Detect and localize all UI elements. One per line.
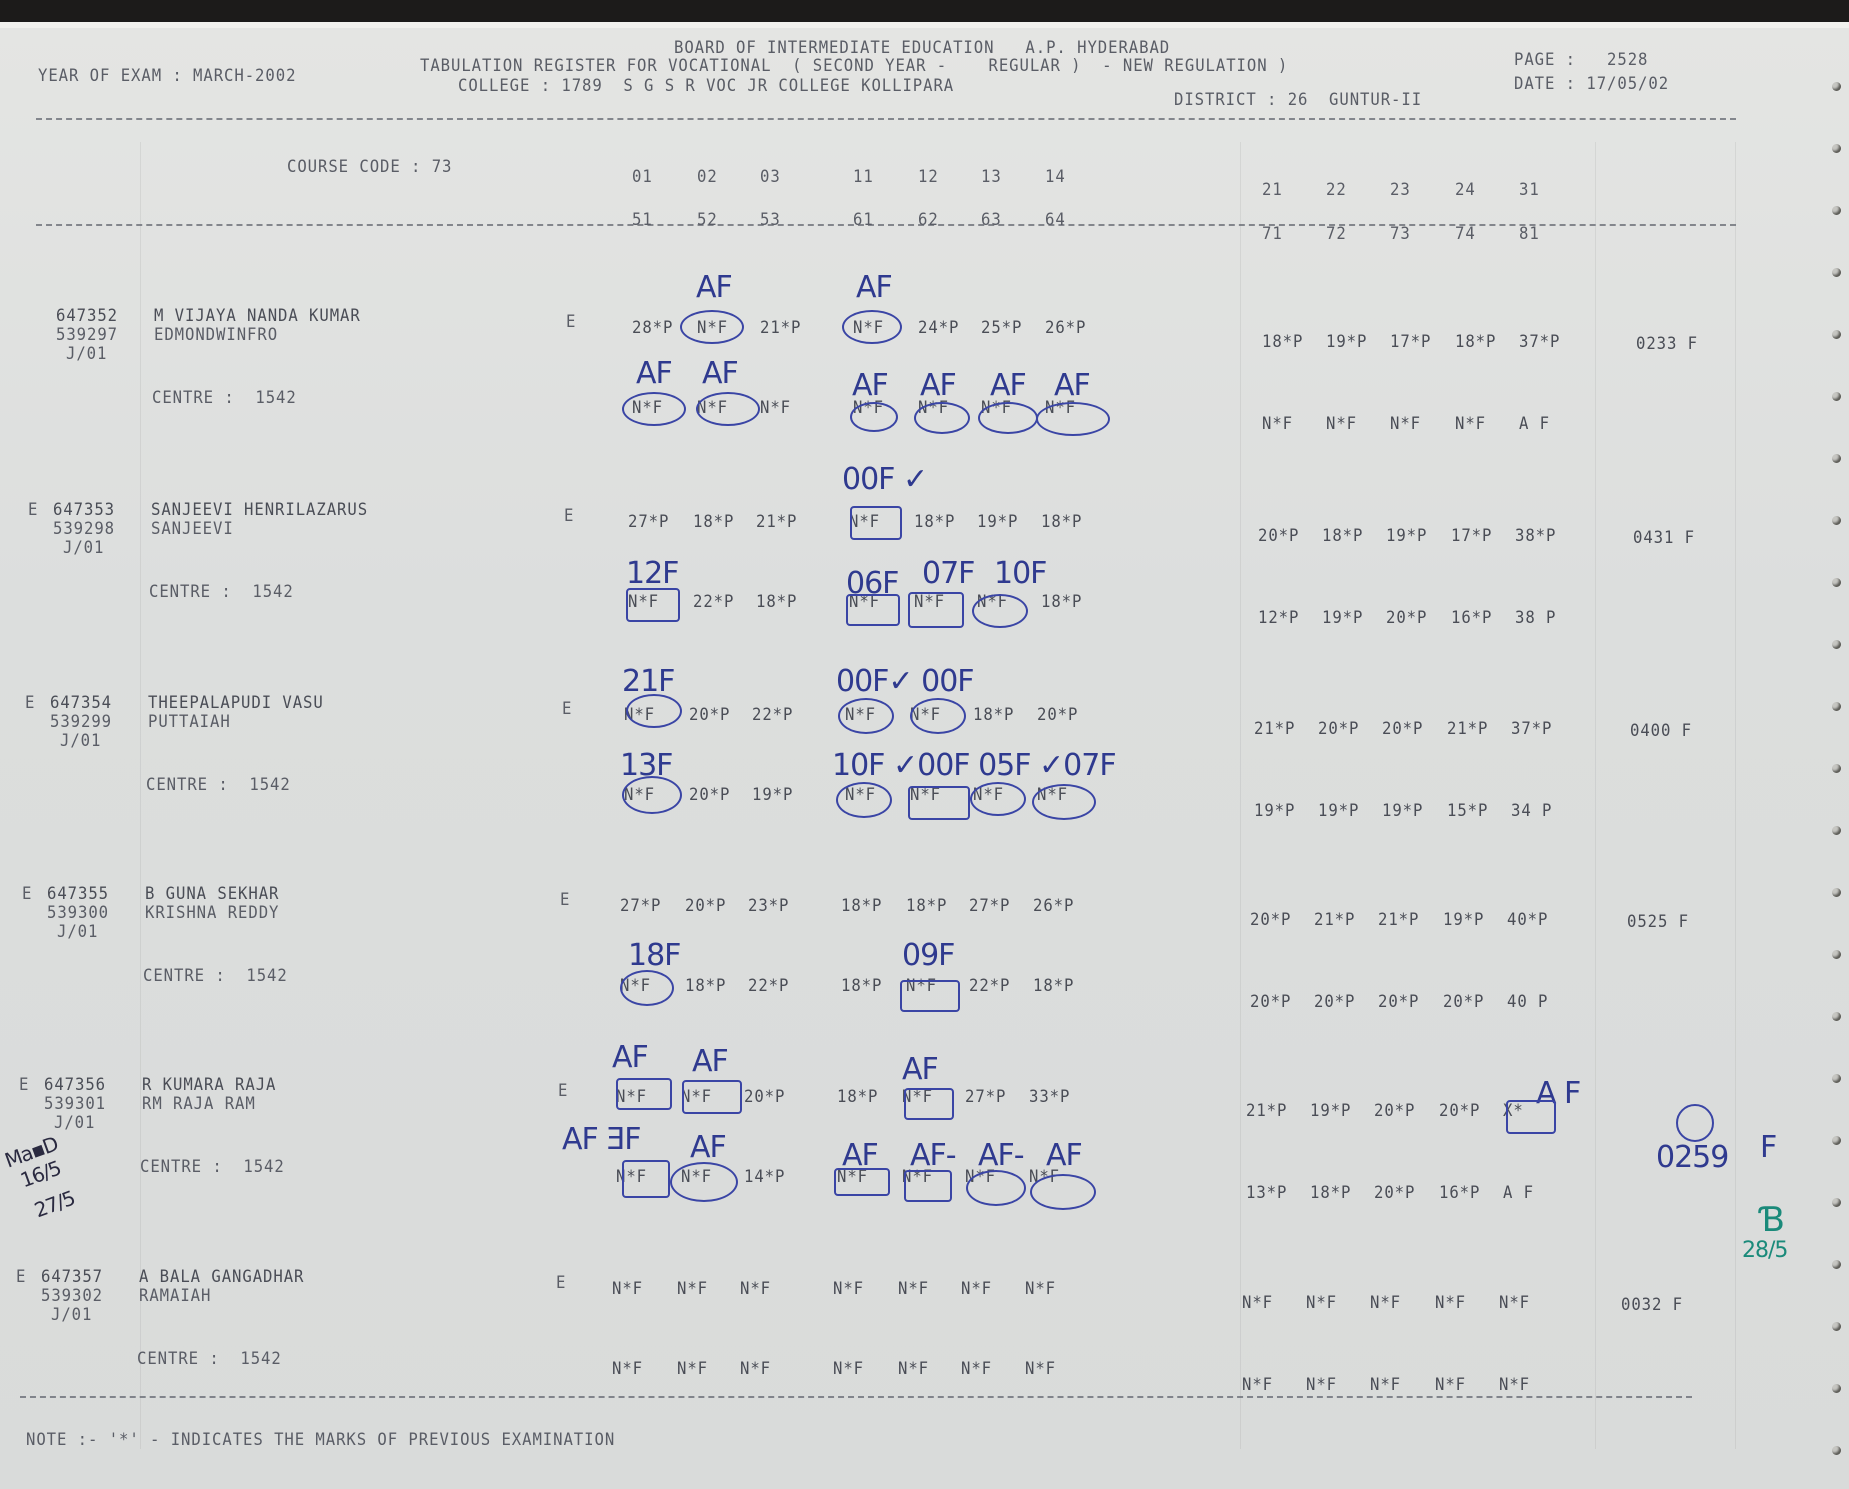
- handwritten-grade-annotation: AF-: [910, 1138, 956, 1173]
- ink-box-mark: [908, 592, 964, 628]
- mark-cell: N*F: [898, 1279, 929, 1299]
- mark-cell: N*F: [740, 1359, 771, 1379]
- ink-circle-mark: [1032, 784, 1096, 820]
- mark-cell: N*F: [1499, 1375, 1530, 1395]
- feed-hole: [1832, 1136, 1841, 1145]
- mark-cell: 18*P: [1310, 1183, 1351, 1203]
- ink-circle-mark: [836, 782, 892, 818]
- mark-cell: 18*P: [1262, 332, 1303, 352]
- ink-circle-mark: [914, 402, 970, 434]
- column-header-divider: [36, 224, 1736, 226]
- handwritten-grade-annotation: 18F: [628, 938, 680, 973]
- verifier-initials-annotation: Ɓ: [1760, 1200, 1784, 1240]
- subject-code: 51: [632, 210, 653, 230]
- mark-cell: N*F: [961, 1359, 992, 1379]
- ink-box-mark: [834, 1168, 890, 1196]
- candidate-father-name: EDMONDWINFRO: [154, 325, 278, 345]
- medium-code: E: [556, 1273, 566, 1293]
- handwritten-grade-annotation: 10F: [994, 556, 1046, 591]
- medium-code: E: [560, 890, 570, 910]
- hall-ticket-number: 647355: [47, 884, 109, 904]
- mark-cell: N*F: [1262, 414, 1293, 434]
- handwritten-grade-annotation: AF ƎF: [562, 1122, 641, 1157]
- mark-cell: 19*P: [1318, 801, 1359, 821]
- total-result: 0525 F: [1627, 912, 1689, 932]
- mark-cell: 25*P: [981, 318, 1022, 338]
- ink-box-mark: [1506, 1100, 1556, 1134]
- mark-cell: 21*P: [1254, 719, 1295, 739]
- mark-cell: N*F: [760, 398, 791, 418]
- mark-cell: 24*P: [918, 318, 959, 338]
- print-date: DATE : 17/05/02: [1514, 74, 1669, 94]
- subject-code: 13: [981, 167, 1002, 187]
- group-code: J/01: [57, 922, 98, 942]
- faint-column-rule: [1595, 142, 1596, 1449]
- mark-cell: N*F: [1435, 1375, 1466, 1395]
- feed-hole: [1832, 578, 1841, 587]
- feed-hole: [1832, 206, 1841, 215]
- exam-centre: CENTRE : 1542: [140, 1157, 285, 1177]
- candidate-name: SANJEEVI HENRILAZARUS: [151, 500, 368, 520]
- mark-cell: 27*P: [628, 512, 669, 532]
- mark-cell: 21*P: [1246, 1101, 1287, 1121]
- feed-hole: [1832, 1260, 1841, 1269]
- subject-code: 12: [918, 167, 939, 187]
- feed-hole: [1832, 1074, 1841, 1083]
- group-code: J/01: [66, 344, 107, 364]
- mark-cell: 20*P: [744, 1087, 785, 1107]
- district-line: DISTRICT : 26 GUNTUR-II: [1174, 90, 1422, 110]
- exam-centre: CENTRE : 1542: [137, 1349, 282, 1369]
- handwritten-grade-annotation: AF: [920, 368, 956, 403]
- mark-cell: 18*P: [756, 592, 797, 612]
- registration-number: 539301: [44, 1094, 106, 1114]
- subject-code: 81: [1519, 224, 1540, 244]
- mark-cell: 21*P: [760, 318, 801, 338]
- mark-cell: 18*P: [837, 1087, 878, 1107]
- ink-box-mark: [908, 786, 970, 820]
- record-prefix: E: [25, 693, 35, 713]
- mark-cell: 18*P: [693, 512, 734, 532]
- exam-centre: CENTRE : 1542: [152, 388, 297, 408]
- handwritten-grade-annotation: AF: [852, 368, 888, 403]
- ink-circle-mark: [972, 594, 1028, 628]
- feed-hole: [1832, 1322, 1841, 1331]
- candidate-father-name: SANJEEVI: [151, 519, 234, 539]
- subject-code: 74: [1455, 224, 1476, 244]
- candidate-father-name: RM RAJA RAM: [142, 1094, 256, 1114]
- group-code: J/01: [51, 1305, 92, 1325]
- mark-cell: N*F: [1242, 1293, 1273, 1313]
- subject-code: 23: [1390, 180, 1411, 200]
- record-prefix: E: [22, 884, 32, 904]
- mark-cell: 20*P: [1378, 992, 1419, 1012]
- exam-centre: CENTRE : 1542: [143, 966, 288, 986]
- candidate-name: R KUMARA RAJA: [142, 1075, 276, 1095]
- handwritten-grade-annotation: AF: [636, 356, 672, 391]
- mark-cell: 18*P: [1455, 332, 1496, 352]
- mark-cell: A F: [1503, 1183, 1534, 1203]
- mark-cell: 18*P: [1033, 976, 1074, 996]
- mark-cell: 20*P: [689, 785, 730, 805]
- handwritten-grade-annotation: AF: [1054, 368, 1090, 403]
- mark-cell: 20*P: [1386, 608, 1427, 628]
- total-result: 0233 F: [1636, 334, 1698, 354]
- ink-box-mark: [622, 1160, 670, 1198]
- subject-code: 63: [981, 210, 1002, 230]
- handwritten-grade-annotation: 10F ✓00F 05F ✓07F: [832, 748, 1116, 783]
- ink-circle-mark: [966, 1170, 1026, 1206]
- mark-cell: 18*P: [1041, 592, 1082, 612]
- mark-cell: 17*P: [1451, 526, 1492, 546]
- handwritten-grade-annotation: 07F: [922, 556, 974, 591]
- mark-cell: 18*P: [685, 976, 726, 996]
- subject-code: 31: [1519, 180, 1540, 200]
- subject-code: 14: [1045, 167, 1066, 187]
- feed-hole: [1832, 702, 1841, 711]
- subject-code: 01: [632, 167, 653, 187]
- subject-code: 11: [853, 167, 874, 187]
- group-code: J/01: [63, 538, 104, 558]
- subject-code: 71: [1262, 224, 1283, 244]
- subject-code: 24: [1455, 180, 1476, 200]
- subject-code: 22: [1326, 180, 1347, 200]
- ink-box-mark: [616, 1078, 672, 1110]
- college-line: COLLEGE : 1789 S G S R VOC JR COLLEGE KO…: [458, 76, 954, 96]
- feed-hole: [1832, 268, 1841, 277]
- medium-code: E: [558, 1081, 568, 1101]
- mark-cell: N*F: [612, 1359, 643, 1379]
- hall-ticket-number: 647357: [41, 1267, 103, 1287]
- subject-code: 72: [1326, 224, 1347, 244]
- feed-hole: [1832, 1384, 1841, 1393]
- mark-cell: 34 P: [1511, 801, 1552, 821]
- handwritten-grade-annotation: AF: [856, 270, 892, 305]
- mark-cell: 19*P: [1386, 526, 1427, 546]
- mark-cell: 26*P: [1045, 318, 1086, 338]
- register-title: TABULATION REGISTER FOR VOCATIONAL ( SEC…: [420, 56, 1288, 76]
- subject-code: 61: [853, 210, 874, 230]
- subject-code: 52: [697, 210, 718, 230]
- feed-hole: [1832, 888, 1841, 897]
- registration-number: 539299: [50, 712, 112, 732]
- handwritten-grade-annotation: 00F ✓: [842, 462, 927, 497]
- mark-cell: 19*P: [1254, 801, 1295, 821]
- ink-circle-mark: [622, 392, 686, 426]
- mark-cell: 22*P: [752, 705, 793, 725]
- ink-circle-mark: [670, 1162, 738, 1202]
- subject-code: 53: [760, 210, 781, 230]
- handwritten-grade-annotation: AF: [612, 1040, 648, 1075]
- ink-circle-mark: [1036, 402, 1110, 436]
- ink-circle-mark: [970, 782, 1026, 816]
- mark-cell: N*F: [1499, 1293, 1530, 1313]
- mark-cell: 18*P: [914, 512, 955, 532]
- ink-circle-mark: [1030, 1174, 1096, 1210]
- feed-hole: [1832, 640, 1841, 649]
- exam-centre: CENTRE : 1542: [146, 775, 291, 795]
- mark-cell: 18*P: [841, 976, 882, 996]
- ink-box-mark: [904, 1088, 954, 1120]
- mark-cell: N*F: [833, 1279, 864, 1299]
- mark-cell: 18*P: [906, 896, 947, 916]
- mark-cell: 18*P: [973, 705, 1014, 725]
- ink-circle-mark: [622, 776, 682, 814]
- header-divider: [36, 118, 1736, 120]
- subject-code: 03: [760, 167, 781, 187]
- footer-divider: [20, 1396, 1692, 1398]
- mark-cell: 37*P: [1511, 719, 1552, 739]
- mark-cell: 18*P: [841, 896, 882, 916]
- handwritten-grade-annotation: AF: [902, 1052, 938, 1087]
- mark-cell: 20*P: [685, 896, 726, 916]
- mark-cell: N*F: [1025, 1279, 1056, 1299]
- candidate-name: THEEPALAPUDI VASU: [148, 693, 324, 713]
- mark-cell: 27*P: [969, 896, 1010, 916]
- mark-cell: 20*P: [1318, 719, 1359, 739]
- mark-cell: 28*P: [632, 318, 673, 338]
- record-prefix: E: [19, 1075, 29, 1095]
- record-prefix: E: [28, 500, 38, 520]
- hall-ticket-number: 647353: [53, 500, 115, 520]
- mark-cell: N*F: [1370, 1375, 1401, 1395]
- year-of-exam: YEAR OF EXAM : MARCH-2002: [38, 66, 296, 86]
- handwritten-grade-annotation: 0259: [1656, 1140, 1728, 1175]
- mark-cell: N*F: [740, 1279, 771, 1299]
- mark-cell: N*F: [961, 1279, 992, 1299]
- ink-circle-mark: [620, 970, 674, 1006]
- mark-cell: 27*P: [620, 896, 661, 916]
- exam-centre: CENTRE : 1542: [149, 582, 294, 602]
- handwritten-grade-annotation: AF-: [978, 1138, 1024, 1173]
- registration-number: 539298: [53, 519, 115, 539]
- faint-column-rule: [140, 142, 141, 1449]
- faint-column-rule: [1240, 142, 1241, 1449]
- mark-cell: 23*P: [748, 896, 789, 916]
- page-number: PAGE : 2528: [1514, 50, 1648, 70]
- mark-cell: 19*P: [1310, 1101, 1351, 1121]
- mark-cell: N*F: [1390, 414, 1421, 434]
- mark-cell: 26*P: [1033, 896, 1074, 916]
- hall-ticket-number: 647354: [50, 693, 112, 713]
- mark-cell: 21*P: [1447, 719, 1488, 739]
- feed-hole: [1832, 392, 1841, 401]
- feed-hole: [1832, 764, 1841, 773]
- mark-cell: N*F: [677, 1279, 708, 1299]
- handwritten-grade-annotation: AF: [692, 1044, 728, 1079]
- mark-cell: 17*P: [1390, 332, 1431, 352]
- mark-cell: N*F: [898, 1359, 929, 1379]
- record-prefix: E: [16, 1267, 26, 1287]
- feed-hole: [1832, 826, 1841, 835]
- mark-cell: N*F: [1242, 1375, 1273, 1395]
- mark-cell: 15*P: [1447, 801, 1488, 821]
- handwritten-grade-annotation: AF: [696, 270, 732, 305]
- mark-cell: 33*P: [1029, 1087, 1070, 1107]
- handwritten-grade-annotation: AF: [690, 1130, 726, 1165]
- ink-box-mark: [904, 1170, 952, 1202]
- mark-cell: 22*P: [693, 592, 734, 612]
- mark-cell: N*F: [1306, 1375, 1337, 1395]
- mark-cell: N*F: [677, 1359, 708, 1379]
- mark-cell: 38 P: [1515, 608, 1556, 628]
- ink-circle-mark: [978, 402, 1038, 434]
- mark-cell: N*F: [1370, 1293, 1401, 1313]
- mark-cell: 19*P: [1443, 910, 1484, 930]
- board-title: BOARD OF INTERMEDIATE EDUCATION A.P. HYD…: [674, 38, 1170, 58]
- medium-code: E: [562, 699, 572, 719]
- candidate-father-name: PUTTAIAH: [148, 712, 231, 732]
- ink-box-mark: [846, 594, 900, 626]
- medium-code: E: [566, 312, 576, 332]
- mark-cell: A F: [1519, 414, 1550, 434]
- mark-cell: 21*P: [1314, 910, 1355, 930]
- mark-cell: 20*P: [1443, 992, 1484, 1012]
- mark-cell: 38*P: [1515, 526, 1556, 546]
- mark-cell: 20*P: [1439, 1101, 1480, 1121]
- handwritten-grade-annotation: AF: [990, 368, 1026, 403]
- subject-code: 21: [1262, 180, 1283, 200]
- mark-cell: 40*P: [1507, 910, 1548, 930]
- ink-circle-mark: [910, 698, 966, 734]
- ink-box-mark: [850, 506, 902, 540]
- registration-number: 539302: [41, 1286, 103, 1306]
- mark-cell: 22*P: [748, 976, 789, 996]
- mark-cell: 14*P: [744, 1167, 785, 1187]
- verifier-date-annotation: 28/5: [1742, 1238, 1787, 1263]
- total-result: 0032 F: [1621, 1295, 1683, 1315]
- candidate-name: M VIJAYA NANDA KUMAR: [154, 306, 361, 326]
- candidate-name: A BALA GANGADHAR: [139, 1267, 304, 1287]
- group-code: J/01: [54, 1113, 95, 1133]
- subject-code: 02: [697, 167, 718, 187]
- mark-cell: N*F: [1435, 1293, 1466, 1313]
- footer-note: NOTE :- '*' - INDICATES THE MARKS OF PRE…: [26, 1430, 615, 1450]
- total-result: 0400 F: [1630, 721, 1692, 741]
- handwritten-grade-annotation: 00F✓ 00F: [836, 664, 974, 699]
- candidate-father-name: KRISHNA REDDY: [145, 903, 279, 923]
- feed-hole: [1832, 82, 1841, 91]
- mark-cell: 20*P: [1250, 992, 1291, 1012]
- registration-number: 539300: [47, 903, 109, 923]
- mark-cell: 20*P: [1382, 719, 1423, 739]
- ink-box-mark: [626, 588, 680, 622]
- subject-code: 73: [1390, 224, 1411, 244]
- mark-cell: 12*P: [1258, 608, 1299, 628]
- course-code: COURSE CODE : 73: [287, 157, 452, 177]
- mark-cell: 20*P: [1037, 705, 1078, 725]
- ink-circle-mark: [842, 310, 902, 344]
- mark-cell: 19*P: [977, 512, 1018, 532]
- handwritten-grade-annotation: AF: [1046, 1138, 1082, 1173]
- feed-hole: [1832, 1012, 1841, 1021]
- feed-hole: [1832, 144, 1841, 153]
- mark-cell: 19*P: [1322, 608, 1363, 628]
- mark-cell: 40 P: [1507, 992, 1548, 1012]
- feed-hole: [1832, 1446, 1841, 1455]
- mark-cell: 18*P: [1322, 526, 1363, 546]
- mark-cell: N*F: [833, 1359, 864, 1379]
- mark-cell: 20*P: [1314, 992, 1355, 1012]
- subject-code: 62: [918, 210, 939, 230]
- mark-cell: N*F: [1306, 1293, 1337, 1313]
- mark-cell: N*F: [612, 1279, 643, 1299]
- candidate-father-name: RAMAIAH: [139, 1286, 211, 1306]
- subject-code: 64: [1045, 210, 1066, 230]
- registration-number: 539297: [56, 325, 118, 345]
- candidate-name: B GUNA SEKHAR: [145, 884, 279, 904]
- hall-ticket-number: 647352: [56, 306, 118, 326]
- mark-cell: 21*P: [756, 512, 797, 532]
- feed-hole: [1832, 950, 1841, 959]
- medium-code: E: [564, 506, 574, 526]
- hall-ticket-number: 647356: [44, 1075, 106, 1095]
- mark-cell: 19*P: [1326, 332, 1367, 352]
- mark-cell: N*F: [1025, 1359, 1056, 1379]
- mark-cell: 13*P: [1246, 1183, 1287, 1203]
- ink-circle-mark: [1676, 1104, 1714, 1142]
- group-code: J/01: [60, 731, 101, 751]
- ink-box-mark: [682, 1080, 742, 1114]
- mark-cell: 27*P: [965, 1087, 1006, 1107]
- feed-hole: [1832, 516, 1841, 525]
- ink-circle-mark: [838, 698, 894, 734]
- mark-cell: 16*P: [1451, 608, 1492, 628]
- handwritten-grade-annotation: AF: [702, 356, 738, 391]
- total-result: 0431 F: [1633, 528, 1695, 548]
- ink-box-mark: [900, 980, 960, 1012]
- handwritten-grade-annotation: 09F: [902, 938, 954, 973]
- mark-cell: 16*P: [1439, 1183, 1480, 1203]
- ink-circle-mark: [850, 402, 898, 432]
- mark-cell: N*F: [1455, 414, 1486, 434]
- feed-hole: [1832, 330, 1841, 339]
- faint-column-rule: [1735, 142, 1736, 1449]
- feed-hole: [1832, 454, 1841, 463]
- mark-cell: 37*P: [1519, 332, 1560, 352]
- handwritten-grade-annotation: F: [1760, 1130, 1776, 1165]
- ink-circle-mark: [626, 694, 682, 728]
- mark-cell: 20*P: [1258, 526, 1299, 546]
- mark-cell: 19*P: [752, 785, 793, 805]
- mark-cell: 21*P: [1378, 910, 1419, 930]
- mark-cell: 22*P: [969, 976, 1010, 996]
- ink-circle-mark: [680, 310, 744, 344]
- handwritten-grade-annotation: 12F: [626, 556, 678, 591]
- mark-cell: 20*P: [1374, 1101, 1415, 1121]
- mark-cell: 20*P: [1250, 910, 1291, 930]
- mark-cell: 20*P: [1374, 1183, 1415, 1203]
- mark-cell: 20*P: [689, 705, 730, 725]
- mark-cell: 19*P: [1382, 801, 1423, 821]
- mark-cell: 18*P: [1041, 512, 1082, 532]
- ink-circle-mark: [696, 392, 760, 426]
- feed-hole: [1832, 1198, 1841, 1207]
- mark-cell: N*F: [1326, 414, 1357, 434]
